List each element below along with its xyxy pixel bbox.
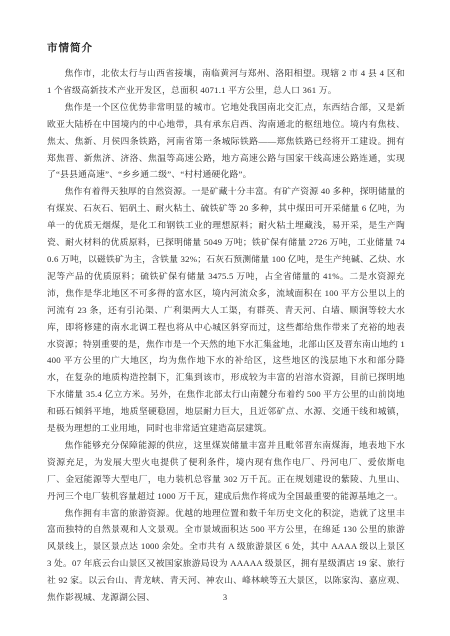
paragraph-energy-supply: 焦作能够充分保障能源的供应，这里煤炭储量丰富并且毗邻晋东南煤海，地表地下水资源充… — [47, 437, 405, 505]
paragraph-natural-resources: 焦作有着得天独厚的自然资源。一是矿藏十分丰富。有矿产资源 40 多种，探明储量的… — [47, 183, 405, 437]
paragraph-tourism-resources: 焦作拥有丰富的旅游资源。优越的地理位置和数千年历史文化的积淀，造就了这里丰富而独… — [47, 505, 405, 606]
document-page: 市情简介 焦作市，北依太行与山西省接壤，南临黄河与郑州、洛阳相望。现辖 2 市 … — [0, 0, 450, 636]
page-number: 3 — [0, 592, 450, 602]
paragraph-location-transport: 焦作是一个区位优势非常明显的城市。它地处我国南北交汇点，东西结合部，又是新欧亚大… — [47, 99, 405, 184]
paragraph-city-intro: 焦作市，北依太行与山西省接壤，南临黄河与郑州、洛阳相望。现辖 2 市 4 县 4… — [47, 65, 405, 99]
page-title: 市情简介 — [47, 40, 405, 55]
